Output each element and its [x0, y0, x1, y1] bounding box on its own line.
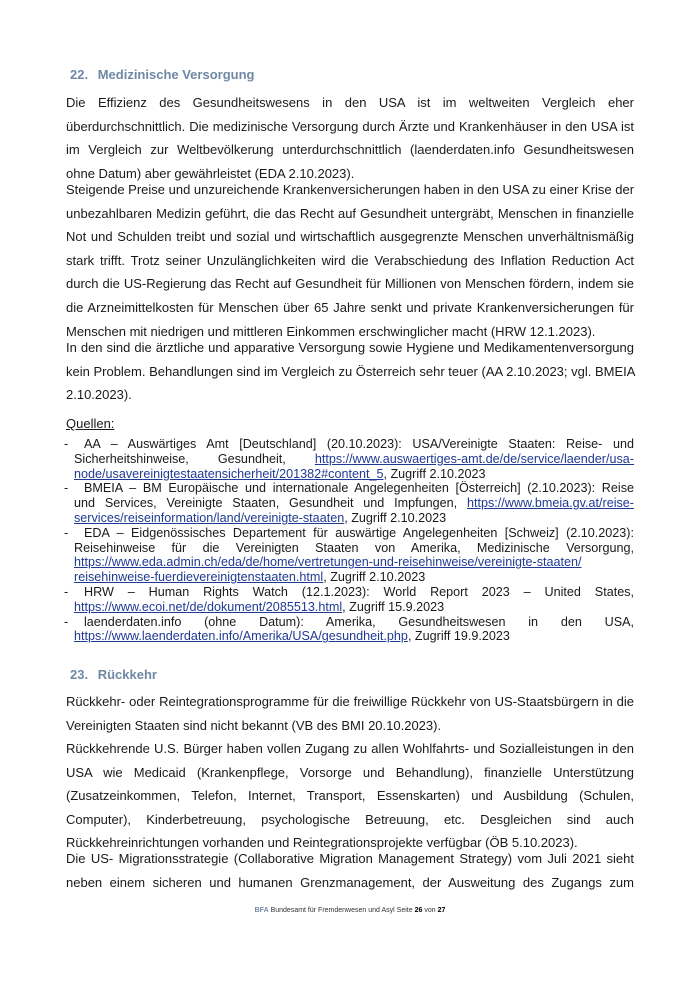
source-item: - HRW – Human Rights Watch (12.1.2023): … — [66, 585, 634, 615]
source-link[interactable]: node/usavereinigtestaatensicherheit/2013… — [74, 467, 383, 481]
section-number: 23. — [70, 667, 88, 682]
paragraph: Die US- Migrationsstrategie (Collaborati… — [66, 847, 634, 894]
source-link[interactable]: https://www.bmeia.gv.at/reise- — [467, 496, 634, 510]
footer-org: Bundesamt für Fremdenwesen und Asyl — [271, 907, 395, 914]
sources-label: Quellen: — [66, 416, 114, 431]
paragraph: Die Effizienz des Gesundheitswesens in d… — [66, 91, 634, 185]
source-item: - EDA – Eidgenössisches Departement für … — [66, 526, 634, 585]
sources-list: - AA – Auswärtiges Amt [Deutschland] (20… — [66, 437, 634, 644]
source-link[interactable]: https://www.eda.admin.ch/eda/de/home/ver… — [74, 555, 582, 569]
source-item: - BMEIA – BM Europäische und internation… — [66, 481, 634, 525]
paragraph: Steigende Preise und unzureichende Krank… — [66, 178, 634, 343]
source-link[interactable]: https://www.ecoi.net/de/dokument/2085513… — [74, 600, 342, 614]
bfa-logo: BFA — [255, 907, 269, 914]
paragraph: In den sind die ärztliche und apparative… — [66, 336, 634, 407]
source-item: - laenderdaten.info (ohne Datum): Amerik… — [66, 615, 634, 645]
source-link[interactable]: services/reiseinformation/land/vereinigt… — [74, 511, 344, 525]
section-number: 22. — [70, 67, 88, 82]
page-number: 26 — [415, 907, 423, 914]
paragraph: Rückkehrende U.S. Bürger haben vollen Zu… — [66, 737, 634, 855]
section-title: Rückkehr — [98, 667, 157, 682]
source-item: - AA – Auswärtiges Amt [Deutschland] (20… — [66, 437, 634, 481]
source-link[interactable]: https://www.laenderdaten.info/Amerika/US… — [74, 629, 408, 643]
source-link[interactable]: https://www.auswaertiges-amt.de/de/servi… — [315, 452, 634, 466]
section-title: Medizinische Versorgung — [98, 67, 255, 82]
section-heading-22: 22. Medizinische Versorgung — [70, 67, 254, 82]
source-link[interactable]: reisehinweise-fuerdievereinigtenstaaten.… — [74, 570, 323, 584]
section-heading-23: 23. Rückkehr — [70, 667, 157, 682]
page-total: 27 — [438, 907, 446, 914]
page-footer: BFA Bundesamt für Fremdenwesen und Asyl … — [0, 907, 700, 914]
paragraph: Rückkehr- oder Reintegrationsprogramme f… — [66, 690, 634, 737]
